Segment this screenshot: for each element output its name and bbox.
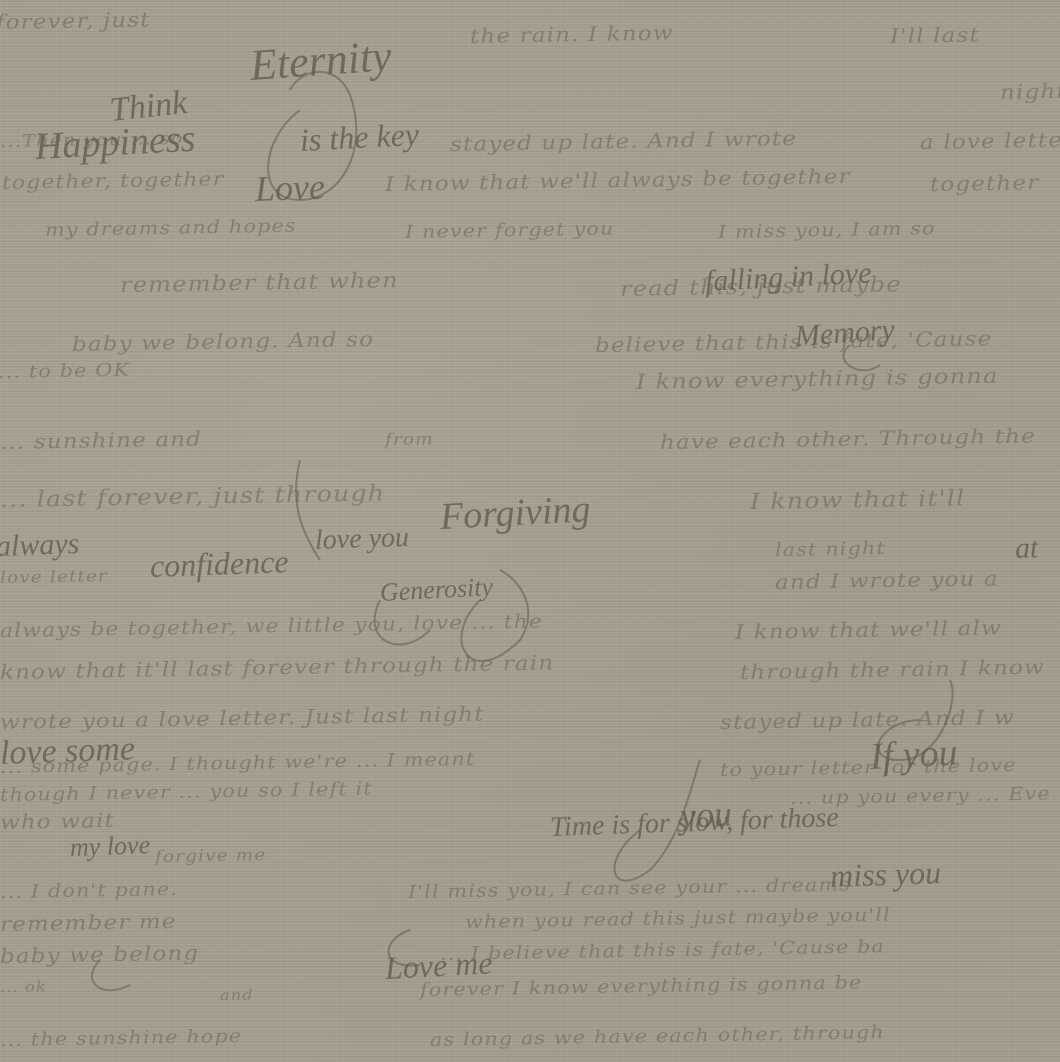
script-line: my dreams and hopes: [45, 216, 297, 241]
script-line: ... I don't pane.: [0, 879, 178, 903]
featured-word: confidence: [149, 543, 289, 585]
featured-word: miss you: [829, 854, 941, 895]
script-line: and I wrote you a: [775, 566, 999, 594]
script-line: I know that we'll alw: [735, 615, 1002, 644]
script-line: through the rain I know: [740, 655, 1045, 684]
script-line: though I never ... you so I left it: [0, 778, 373, 806]
script-line: ... ok: [0, 979, 47, 996]
featured-word: Love me: [384, 944, 493, 987]
featured-word: Generosity: [379, 572, 494, 608]
script-line: a love letter: [920, 127, 1060, 154]
featured-word: is the key: [299, 116, 420, 159]
script-line: together, together: [2, 168, 225, 194]
script-line: ... to be OK: [0, 360, 130, 383]
script-line: and: [220, 987, 254, 1004]
script-line: night: [1000, 79, 1060, 104]
script-line: stayed up late. And I wrote: [450, 126, 797, 156]
script-line: ... last forever, just through: [0, 481, 385, 513]
script-line: wrote you a love letter. Just last night: [0, 702, 485, 734]
script-line: from: [385, 429, 434, 449]
script-line: remember that when: [120, 268, 399, 297]
script-line: I miss you, I am so: [718, 218, 936, 243]
featured-word: Love: [254, 166, 325, 210]
script-line: who wait: [0, 808, 115, 834]
featured-word: Eternity: [248, 30, 393, 91]
featured-word: Forgiving: [439, 487, 592, 539]
script-line: last night: [775, 538, 886, 561]
featured-word: always: [0, 527, 80, 564]
featured-word: my love: [69, 830, 150, 863]
script-line: the rain. I know: [470, 20, 674, 48]
script-line: have each other. Through the: [660, 423, 1036, 454]
script-line: I'll miss you, I can see your ... dreams: [408, 874, 851, 903]
featured-word: Time is for slow, for those: [549, 802, 839, 844]
script-texture-canvas: forever, justthe rain. I knowI'll lastni…: [0, 0, 1060, 1062]
featured-word: love some: [0, 730, 136, 773]
script-line: always be together, we little you, love …: [0, 611, 543, 642]
script-line: forever, just: [0, 7, 151, 34]
script-line: stayed up late. And I w: [720, 705, 1015, 734]
featured-word: love you: [314, 522, 409, 557]
script-line: I'll last: [890, 22, 980, 48]
script-line: forgive me: [155, 845, 267, 866]
featured-word: If you: [869, 730, 959, 779]
script-line: to your letter for the love: [720, 755, 1017, 781]
featured-word: at: [1014, 531, 1039, 566]
script-line: ... I believe that this is fate, 'Cause …: [440, 936, 885, 965]
script-line: know that it'll last forever through the…: [0, 650, 554, 684]
script-line: love letter: [0, 566, 108, 587]
script-line: together: [930, 170, 1040, 196]
script-line: I know that we'll always be together: [385, 164, 851, 196]
featured-word: Happiness: [34, 117, 197, 169]
script-line: when you read this just maybe you'll: [465, 905, 891, 933]
featured-word: Memory: [794, 313, 896, 354]
script-line: remember me: [0, 909, 177, 936]
script-line: baby we belong: [0, 941, 199, 968]
script-line: baby we belong. And so: [72, 327, 375, 356]
script-line: I know everything is gonna: [636, 364, 999, 394]
script-line: I know that it'll: [750, 486, 966, 515]
script-line: as long as we have each other, through: [430, 1022, 885, 1051]
script-line: I never forget you: [405, 218, 615, 243]
script-line: ... the sunshine hope: [0, 1026, 242, 1051]
script-line: ... sunshine and: [0, 426, 202, 454]
